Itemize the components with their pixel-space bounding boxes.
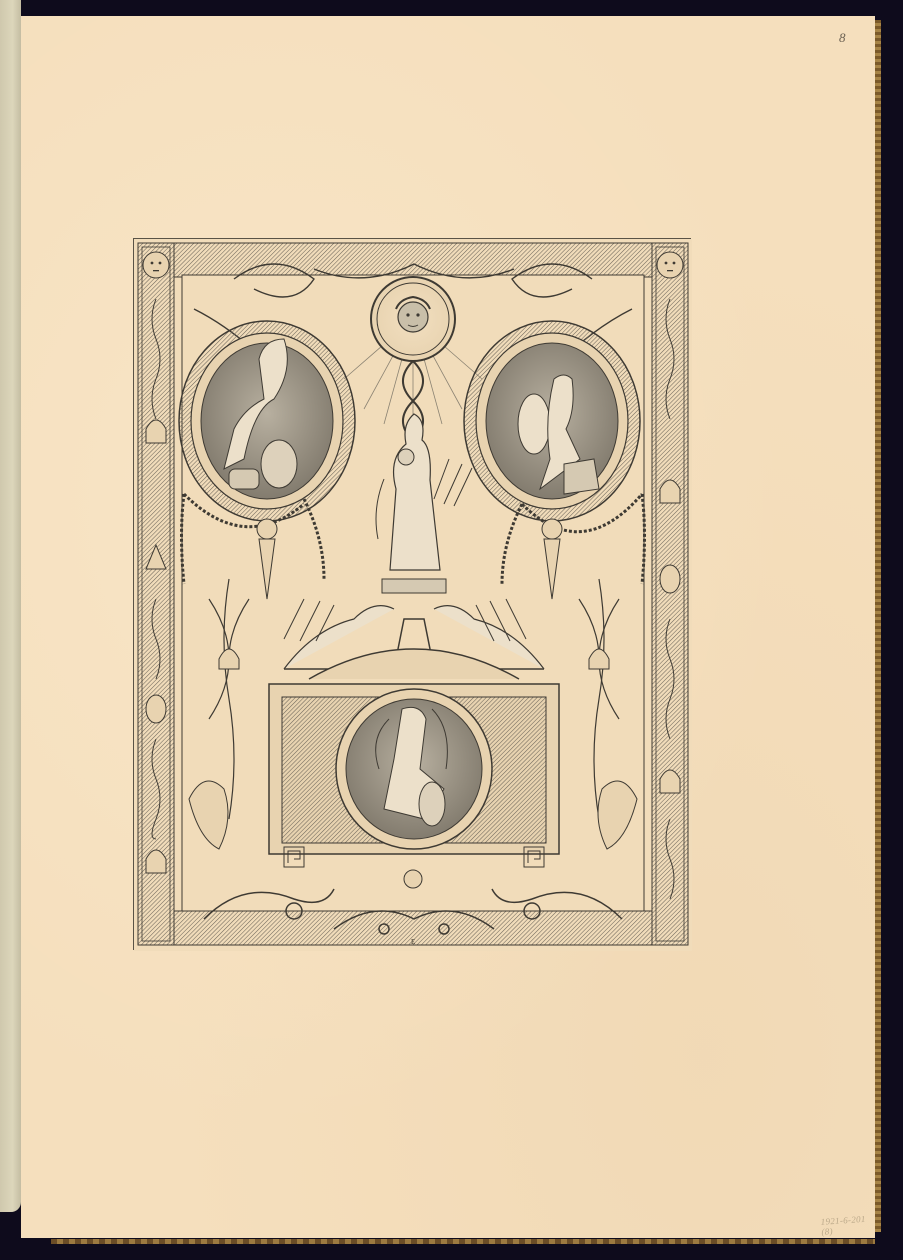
grotesque-engraving [134,239,692,951]
book-spine-left-page [0,0,21,1212]
folio-number: 8 [839,30,846,46]
page-gilt-edge [875,20,881,1232]
medallion-upper-left [179,321,355,521]
pencil-inventory-note: 1921-6-201 (8) [820,1213,875,1237]
medallion-upper-right [464,321,640,521]
left-border-band [138,243,174,945]
right-border-band [652,243,688,945]
engraver-mark: E [411,938,415,946]
page-bottom-edge [51,1239,875,1244]
engraved-plate: E [133,238,691,950]
